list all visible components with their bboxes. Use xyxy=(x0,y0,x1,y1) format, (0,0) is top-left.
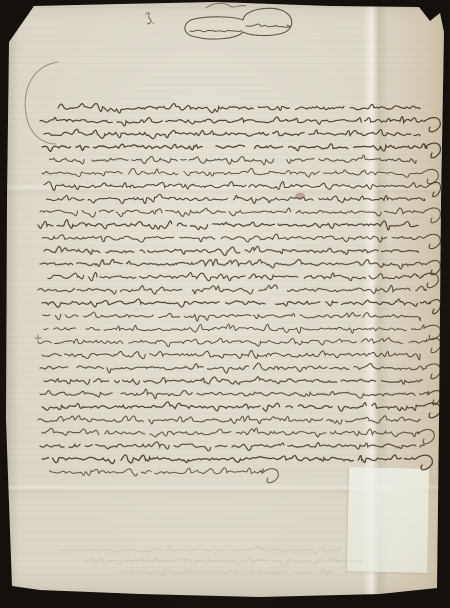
verso-show-through-line xyxy=(60,547,341,553)
manuscript-page xyxy=(0,0,450,608)
text-line xyxy=(40,363,440,379)
verso-show-through-line xyxy=(85,557,361,565)
handwriting-ink-layer xyxy=(0,0,450,608)
margin-cross-mark xyxy=(35,335,41,341)
text-line xyxy=(44,377,422,385)
top-edge-pen-mark xyxy=(206,3,246,8)
text-line xyxy=(47,194,425,203)
text-line xyxy=(42,350,420,359)
text-line xyxy=(44,246,418,255)
text-line xyxy=(44,129,420,138)
header-inscription-script xyxy=(190,30,242,32)
text-line xyxy=(42,455,432,470)
text-line xyxy=(38,338,440,353)
text-line xyxy=(38,285,426,294)
opening-paraph-flourish xyxy=(25,62,58,144)
text-line xyxy=(42,428,434,444)
text-line xyxy=(40,208,440,223)
text-line xyxy=(38,220,420,230)
text-line xyxy=(40,259,440,274)
red-ink-smudge xyxy=(295,193,305,200)
text-line xyxy=(42,168,438,183)
text-line xyxy=(48,272,439,287)
text-line xyxy=(42,234,440,249)
text-line xyxy=(40,442,424,451)
text-line xyxy=(42,143,440,158)
text-line xyxy=(42,402,440,418)
verso-show-through-line xyxy=(120,569,332,576)
text-line xyxy=(40,389,441,405)
manuscript-scan: { "document": { "type": "manuscript-lett… xyxy=(0,0,450,608)
text-line xyxy=(58,103,420,112)
cartouche-outline xyxy=(185,8,292,39)
text-line xyxy=(43,312,421,321)
text-line xyxy=(44,324,440,340)
text-line xyxy=(42,299,441,314)
text-line xyxy=(38,416,420,424)
text-line xyxy=(49,155,416,165)
text-line xyxy=(50,468,279,483)
header-inscription-script xyxy=(246,24,290,27)
archival-number-mark xyxy=(146,13,154,24)
text-line xyxy=(44,182,440,197)
